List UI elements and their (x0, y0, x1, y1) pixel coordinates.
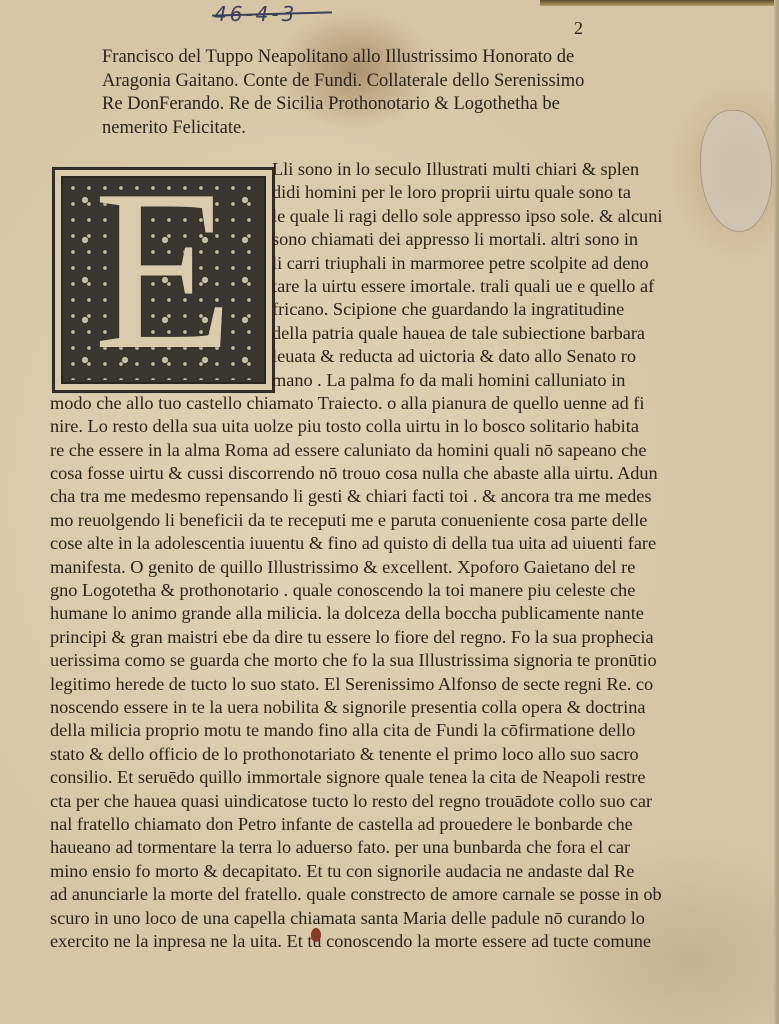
text-line: ad anunciarle la morte del fratello. qua… (50, 883, 660, 906)
heading-line: Francisco del Tuppo Neapolitano allo Ill… (102, 46, 662, 70)
text-line: leuata & reducta ad uictoria & dato allo… (50, 345, 660, 368)
text-line: cose alte in la adolescentia iuuentu & f… (50, 532, 660, 555)
paper-damage (700, 110, 772, 232)
text-line: della patria quale hauea de tale subiect… (50, 322, 660, 345)
dedication-heading: Francisco del Tuppo Neapolitano allo Ill… (102, 46, 662, 140)
text-line: cha tra me medesmo repensando li gesti &… (50, 485, 660, 508)
heading-line: nemerito Felicitate. (102, 117, 662, 141)
text-line: mano . La palma fo da mali homini callun… (50, 369, 660, 392)
text-line: principi & gran maistri ebe da dire tu e… (50, 626, 660, 649)
text-line: scuro in uno loco de una capella chiamat… (50, 907, 660, 930)
text-line: consilio. Et seruēdo quillo immortale si… (50, 766, 660, 789)
text-line: stato & dello officio de lo prothonotari… (50, 743, 660, 766)
text-line: uerissima como se guarda che morto che f… (50, 649, 660, 672)
page-right-edge (774, 0, 779, 1024)
text-line: legitimo herede de tucto lo suo stato. E… (50, 673, 660, 696)
text-line: haueano ad tormentare la terra lo aduers… (50, 836, 660, 859)
text-line: didi homini per le loro proprii uirtu qu… (50, 181, 660, 204)
heading-line: Aragonia Gaitano. Conte de Fundi. Collat… (102, 70, 662, 94)
text-line: della milicia proprio motu te mando fino… (50, 719, 660, 742)
manuscript-page: 46-4-3 2 Francisco del Tuppo Neapolitano… (0, 0, 779, 1024)
text-line: cta per che hauea quasi uindicatose tuct… (50, 790, 660, 813)
text-line: mo reuolgendo li beneficii da te receput… (50, 509, 660, 532)
page-top-edge (540, 0, 779, 6)
heading-line: Re DonFerando. Re de Sicilia Prothonotar… (102, 93, 662, 117)
text-line: nire. Lo resto della sua uita uolze piu … (50, 415, 660, 438)
text-line: le quale li ragi dello sole appresso ips… (50, 205, 660, 228)
text-line: li carri triuphali in marmoree petre sco… (50, 252, 660, 275)
text-line: manifesta. O genito de quillo Illustriss… (50, 556, 660, 579)
text-line: tare la uirtu essere imortale. trali qua… (50, 275, 660, 298)
text-line: re che essere in la alma Roma ad essere … (50, 439, 660, 462)
text-line: fricano. Scipione che guardando la ingra… (50, 298, 660, 321)
text-line: gno Logotetha & prothonotario . quale co… (50, 579, 660, 602)
body-text: Lli sono in lo seculo Illustrati multi c… (50, 158, 660, 953)
text-line: noscendo essere in te la uera nobilita &… (50, 696, 660, 719)
text-line: sono chiamati dei appresso li mortali. a… (50, 228, 660, 251)
text-line: mino ensio fo morto & decapitato. Et tu … (50, 860, 660, 883)
text-line: humane lo animo grande alla milicia. la … (50, 602, 660, 625)
text-line: Lli sono in lo seculo Illustrati multi c… (50, 158, 660, 181)
text-line: cosa fosse uirtu & cussi discorrendo nō … (50, 462, 660, 485)
text-line: nal fratello chiamato don Petro infante … (50, 813, 660, 836)
text-line: modo che allo tuo castello chiamato Trai… (50, 392, 660, 415)
folio-number: 2 (574, 18, 583, 39)
text-line: exercito ne la inpresa ne la uita. Et tu… (50, 930, 660, 953)
ink-stain (311, 928, 321, 942)
